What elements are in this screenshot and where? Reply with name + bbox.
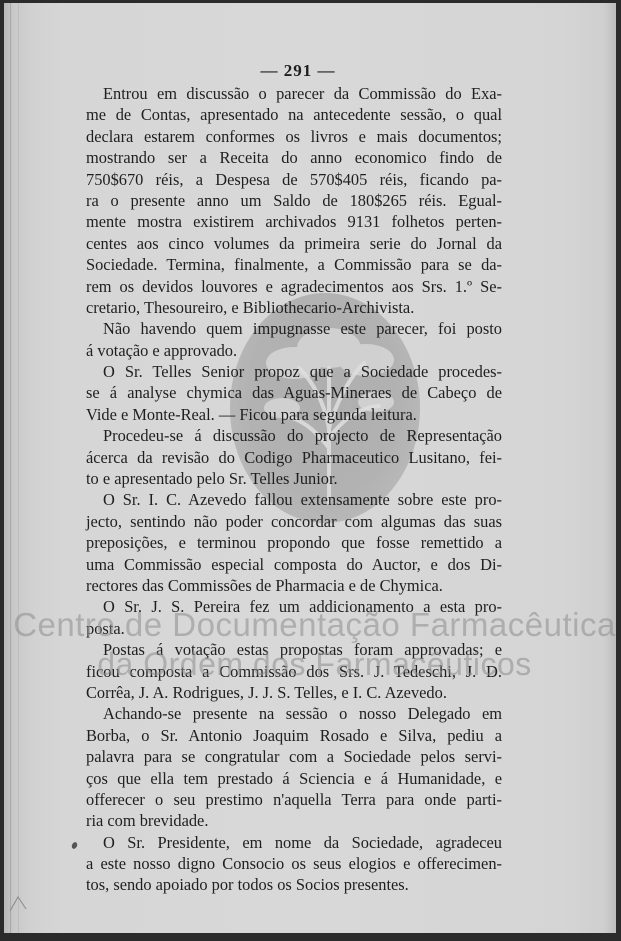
text-line: ços que ella tem prestado á Sciencia e á… [86,768,502,789]
paragraph-president-thanks: O Sr. Presidente, em nome da Sociedade, … [86,832,502,896]
text-line: Borba, o Sr. Antonio Joaquim Rosado e Si… [86,725,502,746]
text-line: á votação e approvado. [86,340,502,361]
text-line: a este nosso digno Consocio os seus elog… [86,853,502,874]
scanned-page-frame: — 291 — Entrou em discussão o parecer da… [0,0,621,941]
text-line: Achando-se presente na sessão o nosso De… [86,703,502,724]
paragraph-codigo-discussion: Procedeu-se á discussão do projecto de R… [86,425,502,489]
text-line: uma Commissão especial composta do Aucto… [86,554,502,575]
ink-spot [71,841,78,849]
paragraph-approval: Não havendo quem impugnasse este parecer… [86,318,502,361]
text-line: centes aos cinco volumes da primeira ser… [86,233,502,254]
text-line: O Sr. Telles Senior propoz que a Socieda… [86,361,502,382]
text-line: cretario, Thesoureiro, e Bibliothecario-… [86,297,502,318]
watermark-text: Centro de Documentação Farmacêutica [4,606,616,644]
watermark-text: da Ordem dos Farmacêuticos [4,646,616,683]
text-line: tos, sendo apoiado por todos os Socios p… [86,874,502,895]
text-line: ácerca da revisão do Codigo Pharmaceutic… [86,447,502,468]
text-line: to e apresentado pelo Sr. Telles Junior. [86,468,502,489]
paragraph-borba-delegate: Achando-se presente na sessão o nosso De… [86,703,502,831]
text-line: palavra para se congratular com a Socied… [86,746,502,767]
text-line: declara estarem conformes os livros e ma… [86,126,502,147]
paragraph-azevedo-speech: O Sr. I. C. Azevedo fallou extensamente … [86,489,502,596]
page-text: — 291 — Entrou em discussão o parecer da… [86,61,502,896]
text-line: Sociedade. Termina, finalmente, a Commis… [86,254,502,275]
text-line: se á analyse chymica das Aguas-Mineraes … [86,382,502,403]
text-line: ra o presente anno um Saldo de 180$265 r… [86,190,502,211]
text-line: mente mostra existirem archivados 9131 f… [86,211,502,232]
paragraph-telles-senior-proposal: O Sr. Telles Senior propoz que a Socieda… [86,361,502,425]
text-line: O Sr. I. C. Azevedo fallou extensamente … [86,489,502,510]
text-line: Entrou em discussão o parecer da Commiss… [86,83,502,104]
text-line: me de Contas, apresentado na antecedente… [86,104,502,125]
text-line: 750$670 réis, a Despesa de 570$405 réis,… [86,169,502,190]
page-corner-fold-icon [8,883,28,913]
text-line: rectores das Commissões de Pharmacia e d… [86,575,502,596]
book-page: — 291 — Entrou em discussão o parecer da… [4,3,616,933]
text-line: preposições, e terminou propondo que fos… [86,532,502,553]
text-line: rem os devidos louvores e agradecimentos… [86,276,502,297]
text-line: mostrando ser a Receita do anno economic… [86,147,502,168]
gutter-shadow [10,3,11,933]
text-line: Vide e Monte-Real. — Ficou para segunda … [86,404,502,425]
text-line: jecto, sentindo não poder concordar com … [86,511,502,532]
gutter-shadow [18,3,19,933]
text-line: O Sr. Presidente, em nome da Sociedade, … [86,832,502,853]
paragraph-commission-report: Entrou em discussão o parecer da Commiss… [86,83,502,318]
text-line: Não havendo quem impugnasse este parecer… [86,318,502,339]
text-line: Corrêa, J. A. Rodrigues, J. J. S. Telles… [86,682,502,703]
text-line: ria com brevidade. [86,810,502,831]
page-number: — 291 — [86,61,502,81]
text-line: offerecer o seu prestimo n'aquella Terra… [86,789,502,810]
text-line: Procedeu-se á discussão do projecto de R… [86,425,502,446]
